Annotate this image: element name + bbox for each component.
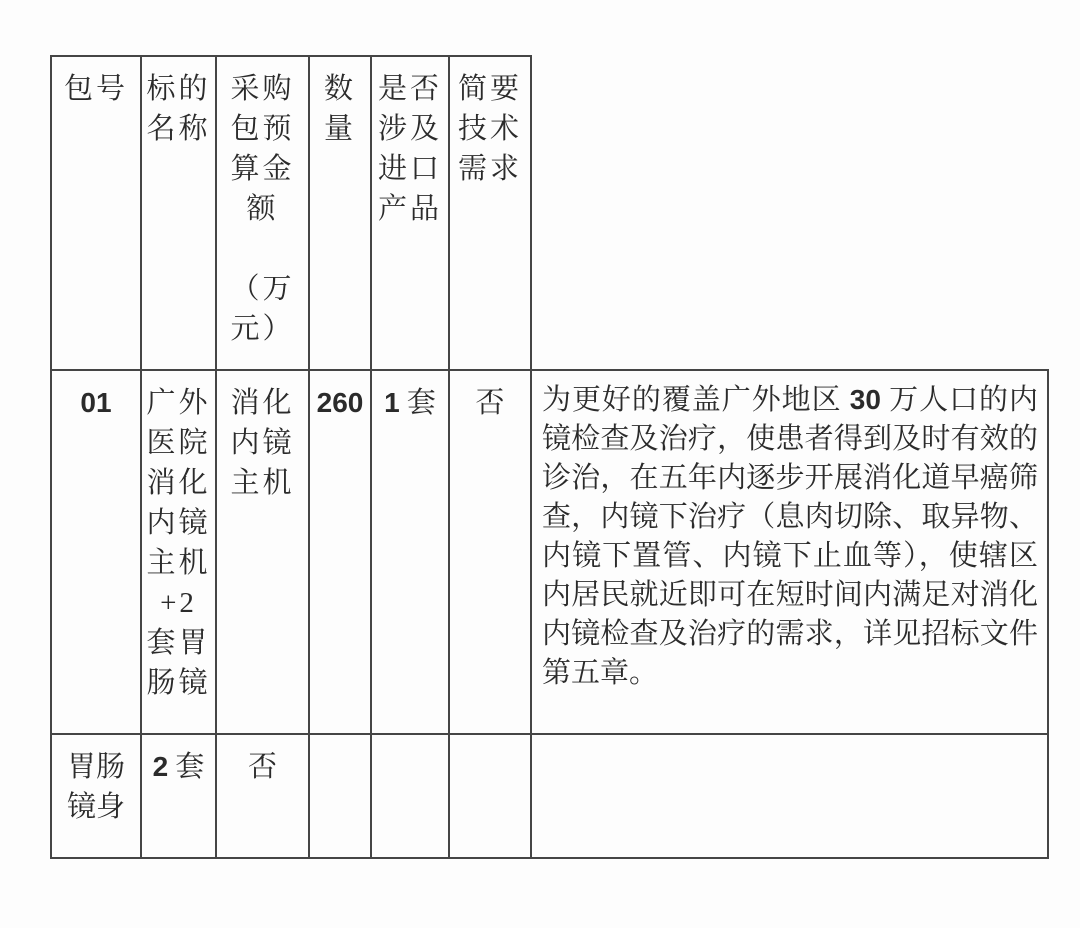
header-empty-area: [531, 56, 1048, 370]
quantity-number: 1: [384, 387, 400, 418]
cell-import-flag: 否: [449, 370, 531, 734]
cell-scope-import-flag: 否: [216, 734, 309, 858]
cell-empty-wide: [531, 734, 1048, 858]
scope-quantity-unit: 套: [175, 751, 204, 783]
header-tech-requirement: 简要技术需求: [449, 56, 531, 370]
cell-scope-quantity: 2 套: [141, 734, 216, 858]
scope-quantity-number: 2: [153, 751, 169, 782]
cell-budget: 260: [309, 370, 371, 734]
header-row: 包号 标的名称 采购包预算金额 （万元） 数量 是否涉及进口产品 简要技术需求: [51, 56, 1048, 370]
header-quantity: 数量: [309, 56, 371, 370]
tech-requirement-text-before: 为更好的覆盖广外地区: [542, 384, 850, 416]
budget-value: 260: [317, 387, 364, 418]
cell-quantity: 1 套: [371, 370, 449, 734]
header-subject-name: 标的名称: [141, 56, 216, 370]
header-budget: 采购包预算金额 （万元）: [216, 56, 309, 370]
tech-requirement-text-after: 万人口的内镜检查及治疗，使患者得到及时有效的诊治，在五年内逐步开展消化道早癌筛查…: [542, 384, 1038, 689]
package-row-01: 01 广外医院消化内镜主机 +2 套胃肠镜 消化内镜主机 260 1 套 否 为…: [51, 370, 1048, 734]
cell-subject-name: 广外医院消化内镜主机 +2 套胃肠镜: [141, 370, 216, 734]
cell-item-name: 消化内镜主机: [216, 370, 309, 734]
tech-requirement-number: 30: [850, 384, 881, 415]
document-page: 包号 标的名称 采购包预算金额 （万元） 数量 是否涉及进口产品 简要技术需求 …: [0, 0, 1080, 928]
procurement-packages-table: 包号 标的名称 采购包预算金额 （万元） 数量 是否涉及进口产品 简要技术需求 …: [50, 55, 1049, 859]
cell-empty-3: [449, 734, 531, 858]
cell-empty-1: [309, 734, 371, 858]
quantity-unit: 套: [407, 387, 436, 419]
header-import-products: 是否涉及进口产品: [371, 56, 449, 370]
package-no-value: 01: [80, 387, 111, 418]
header-package-no: 包号: [51, 56, 141, 370]
package-row-scope-bodies: 胃肠镜身 2 套 否: [51, 734, 1048, 858]
cell-package-no: 01: [51, 370, 141, 734]
cell-empty-2: [371, 734, 449, 858]
cell-tech-requirement: 为更好的覆盖广外地区 30 万人口的内镜检查及治疗，使患者得到及时有效的诊治，在…: [531, 370, 1048, 734]
cell-scope-name: 胃肠镜身: [51, 734, 141, 858]
